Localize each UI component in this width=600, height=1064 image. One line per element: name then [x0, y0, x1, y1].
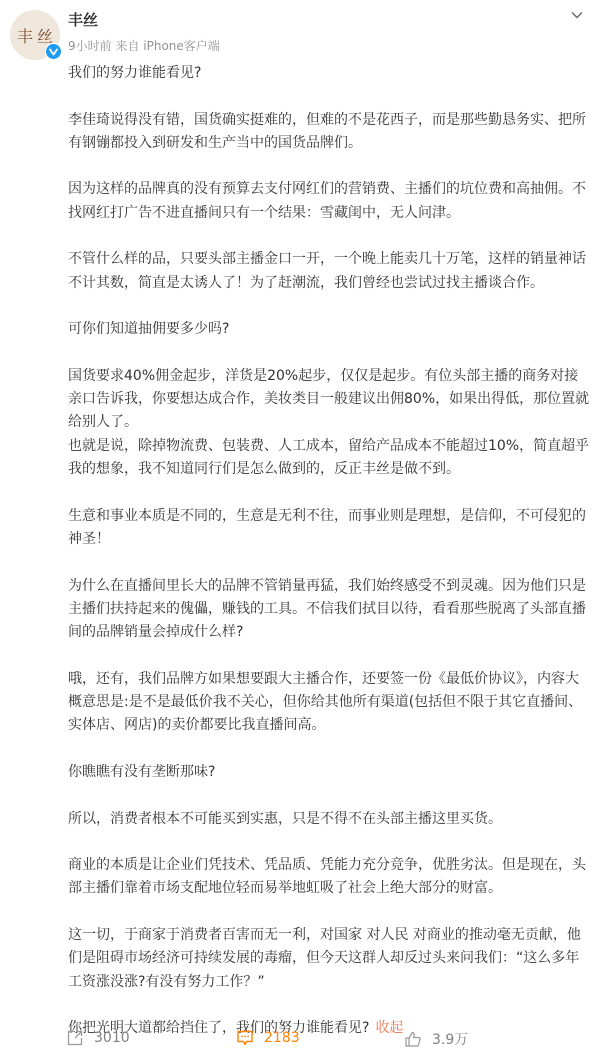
paragraph: 因为这样的品牌真的没有预算去支付网红们的营销费、主播们的坑位费和高抽佣。不找网红… — [68, 178, 590, 225]
thumbs-up-icon — [404, 1030, 422, 1048]
action-bar: 3010 2183 3.9万 — [0, 1029, 600, 1053]
like-button[interactable]: 3.9万 — [404, 1029, 468, 1049]
paragraph: 国货要求40%佣金起步，洋货是20%起步，仅仅是起步。有位头部主播的商务对接亲口… — [68, 365, 590, 435]
paragraph: 生意和事业本质是不同的，生意是无利不往，而事业则是理想，是信仰，不可侵犯的神圣！ — [68, 505, 590, 552]
post-meta: 9小时前 来自 iPhone客户端 — [68, 37, 220, 54]
paragraph: 这一切，于商家于消费者百害而无一利，对国家 对人民 对商业的推动毫无贡献，他们是… — [68, 924, 590, 994]
paragraph: 你瞧瞧有没有垄断那味? — [68, 761, 590, 784]
verified-badge-icon — [45, 43, 62, 60]
paragraph: 不管什么样的品，只要头部主播金口一开，一个晚上能卖几十万笔，这样的销量神话不计其… — [68, 248, 590, 295]
paragraph: 商业的本质是让企业们凭技术、凭品质、凭能力充分竞争，优胜劣汰。但是现在，头部主播… — [68, 854, 590, 901]
paragraph: 李佳琦说得没有错，国货确实挺难的，但难的不是花西子，而是那些勤恳务实、把所有钢镚… — [68, 109, 590, 156]
comment-button[interactable]: 2183 — [236, 1029, 300, 1047]
comment-count: 2183 — [264, 1030, 300, 1046]
comment-icon — [236, 1029, 254, 1047]
paragraph: 哦，还有，我们品牌方如果想要跟大主播合作，还要签一份《最低价协议》，内容大概意思… — [68, 668, 590, 738]
paragraph: 可你们知道抽佣要多少吗? — [68, 318, 590, 341]
paragraph: 我们的努力谁能看见? — [68, 62, 590, 85]
paragraph: 所以，消费者根本不可能买到实惠，只是不得不在头部主播这里买货。 — [68, 808, 590, 831]
share-icon — [66, 1029, 84, 1047]
like-count: 3.9万 — [432, 1029, 468, 1049]
share-button[interactable]: 3010 — [66, 1029, 130, 1047]
chevron-down-icon[interactable] — [569, 6, 585, 18]
post-content: 我们的努力谁能看见? 李佳琦说得没有错，国货确实挺难的，但难的不是花西子，而是那… — [68, 62, 590, 1040]
author-name[interactable]: 丰丝 — [68, 9, 98, 30]
paragraph: 也就是说，除掉物流费、包装费、人工成本，留给产品成本不能超过10%，简直超乎我的… — [68, 435, 590, 482]
paragraph: 为什么在直播间里长大的品牌不管销量再猛，我们始终感受不到灵魂。因为他们只是主播们… — [68, 575, 590, 645]
share-count: 3010 — [94, 1030, 130, 1046]
